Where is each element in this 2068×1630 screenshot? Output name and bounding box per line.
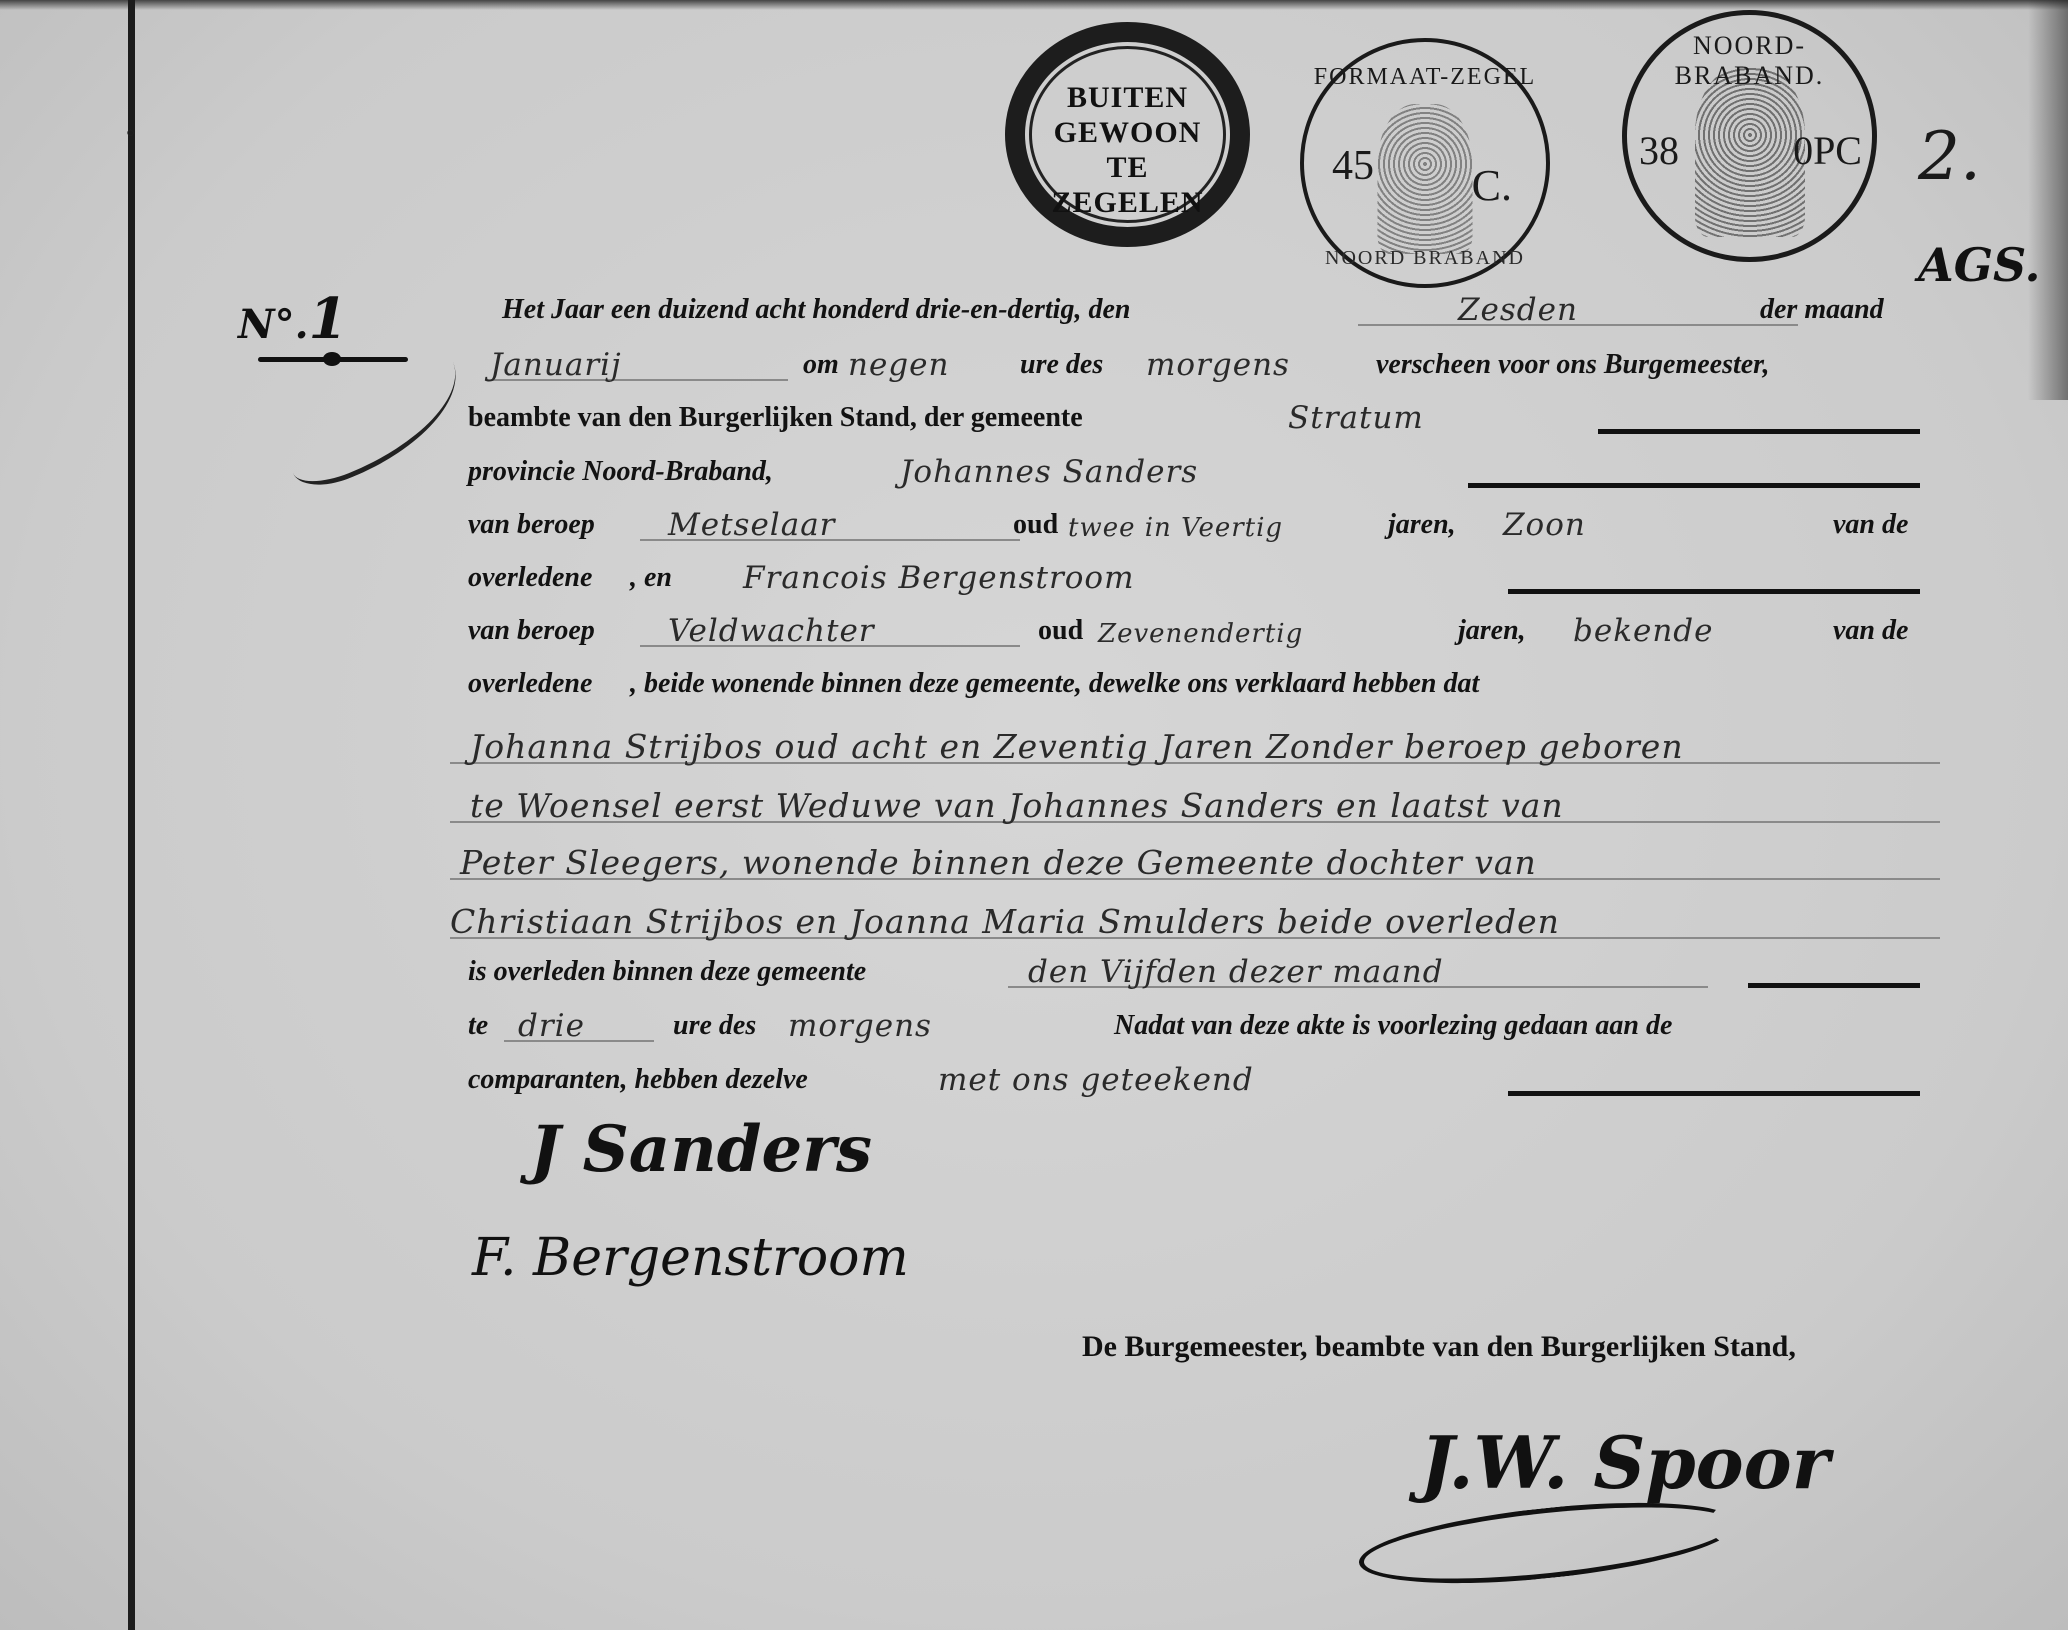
field-death-hour: drie bbox=[518, 1008, 585, 1044]
handwritten-line-3: Peter Sleegers, wonende binnen deze Geme… bbox=[450, 836, 1940, 884]
field-municipality: Stratum bbox=[1288, 400, 1424, 436]
form-line-1: Het Jaar een duizend acht honderd drie-e… bbox=[468, 290, 1920, 330]
signature-declarant-2: F. Bergenstroom bbox=[472, 1228, 909, 1288]
margin-rule bbox=[128, 0, 135, 1630]
form-line-3: beambte van den Burgerlijken Stand, der … bbox=[468, 398, 1920, 438]
field-declarant-1: Johannes Sanders bbox=[900, 454, 1198, 490]
form-line-7: van beroep Veldwachter oud Zevenendertig… bbox=[468, 611, 1920, 651]
handwritten-line-2: te Woensel eerst Weduwe van Johannes San… bbox=[450, 779, 1940, 827]
form-line-4: provincie Noord-Braband, Johannes Sander… bbox=[468, 452, 1920, 492]
stamp-noord-braband: NOORD-BRABAND. 38 0PC bbox=[1622, 10, 1877, 262]
field-occupation-2: Veldwachter bbox=[668, 613, 875, 649]
field-hour: negen bbox=[848, 347, 949, 383]
field-day: Zesden bbox=[1458, 292, 1578, 328]
page-top-shadow bbox=[0, 0, 2068, 10]
stamp-buitengewoon-te-zegelen: BUITEN GEWOON TE ZEGELEN bbox=[1005, 22, 1250, 247]
field-time-of-day: morgens bbox=[1146, 347, 1290, 383]
field-death-date: den Vijfden dezer maand bbox=[1028, 954, 1444, 990]
field-relation-2: bekende bbox=[1573, 613, 1713, 649]
stamp-unit: 0PC bbox=[1793, 127, 1862, 174]
field-month: Januarij bbox=[490, 347, 622, 383]
form-line-9: is overleden binnen deze gemeente den Vi… bbox=[468, 952, 1920, 992]
field-occupation-1: Metselaar bbox=[668, 507, 836, 543]
field-relation-1: Zoon bbox=[1503, 507, 1586, 543]
form-line-6: overledene , en Francois Bergenstroom bbox=[468, 558, 1920, 598]
stamp-value: 45 bbox=[1332, 142, 1374, 190]
record-number: N°.1 bbox=[238, 286, 347, 352]
stamp-formaat-zegel: FORMAAT-ZEGEL 45 C. NOORD BRABAND bbox=[1300, 38, 1550, 288]
official-title: De Burgemeester, beambte van den Burgerl… bbox=[1082, 1330, 1796, 1364]
field-age-2: Zevenendertig bbox=[1098, 619, 1303, 649]
field-signed: met ons geteekend bbox=[938, 1062, 1254, 1098]
handwritten-line-1: Johanna Strijbos oud acht en Zeventig Ja… bbox=[450, 720, 1940, 768]
stamp-bottom-text: NOORD BRABAND bbox=[1304, 247, 1546, 270]
handwritten-line-4: Christiaan Strijbos en Joanna Maria Smul… bbox=[450, 895, 1940, 943]
field-age-1: twee in Veertig bbox=[1068, 513, 1283, 543]
crown-crest-icon bbox=[1695, 67, 1805, 237]
crown-crest-icon bbox=[1378, 104, 1473, 254]
field-declarant-2: Francois Bergenstroom bbox=[743, 560, 1135, 596]
form-line-5: van beroep Metselaar oud twee in Veertig… bbox=[468, 505, 1920, 545]
form-line-8: overledene , beide wonende binnen deze g… bbox=[468, 664, 1920, 704]
stamp-top-text: FORMAAT-ZEGEL bbox=[1304, 64, 1546, 91]
clerk-initials: AGS. bbox=[1918, 238, 2041, 292]
signature-declarant-1: J Sanders bbox=[530, 1112, 872, 1187]
form-line-2: Januarij om negen ure des morgens versch… bbox=[468, 345, 1920, 385]
form-line-11: comparanten, hebben dezelve met ons gete… bbox=[468, 1060, 1920, 1100]
stamp-unit: C. bbox=[1472, 160, 1512, 211]
folio-number: 2. bbox=[1918, 118, 1981, 195]
stamp-label: BUITEN GEWOON TE ZEGELEN bbox=[1025, 80, 1230, 220]
margin-mark: ◦ bbox=[124, 122, 137, 147]
field-death-time-of-day: morgens bbox=[788, 1008, 932, 1044]
signature-official: J.W. Spoor bbox=[1420, 1420, 1830, 1505]
stamp-value: 38 bbox=[1639, 127, 1679, 174]
form-line-10: te drie ure des morgens Nadat van deze a… bbox=[468, 1006, 1920, 1046]
page-right-shadow bbox=[2028, 0, 2068, 400]
